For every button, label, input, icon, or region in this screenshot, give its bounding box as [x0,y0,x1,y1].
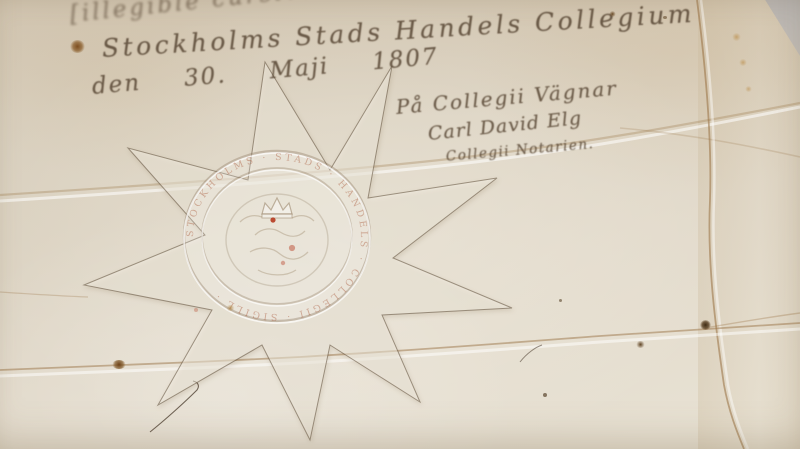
document-photo: STOCKHOLMS · STADS · HANDELS · COLLEGII … [0,0,800,449]
stain-under-seal [226,305,235,311]
stain-fold-yellow-1 [732,33,741,41]
speck-mid-right [559,299,562,302]
speck-bottom-center [543,393,547,397]
stain-crease-crossing [700,320,711,330]
stain-bottom-left [112,360,126,369]
speck-top-right [609,11,616,17]
stain-top-left [70,40,85,53]
paper-right-fold-shading [698,0,800,449]
stain-fold-yellow-3 [745,86,752,92]
stain-fold-yellow-2 [739,59,747,66]
speck-top-fold [663,16,667,19]
stain-crease-right [636,341,645,348]
